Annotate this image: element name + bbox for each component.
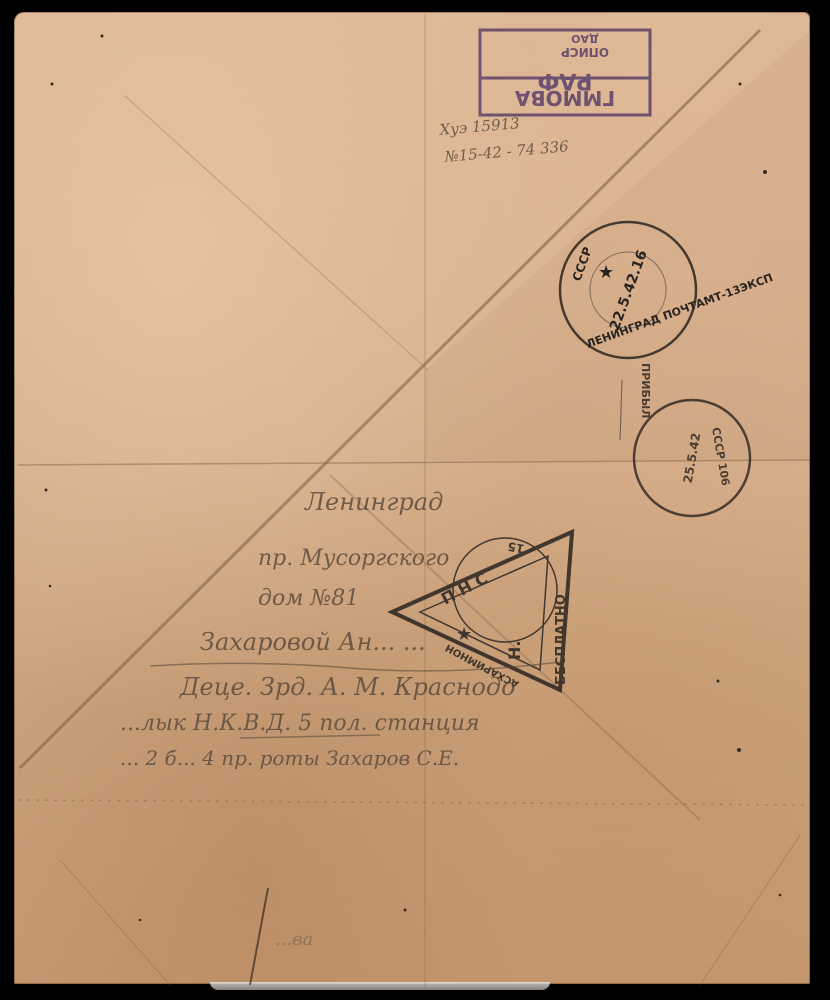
pencil-notes-top: Хуэ 15913 №15-42 - 74 336 — [438, 114, 570, 166]
photo-background: ГММОВА РАФ ОПИСР ДАО РАФ Хуэ 15913 №15-4… — [0, 0, 830, 1000]
letter-markings: ГММОВА РАФ ОПИСР ДАО РАФ Хуэ 15913 №15-4… — [0, 0, 830, 1000]
svg-text:П Н С: П Н С — [438, 568, 491, 608]
svg-text:...ва: ...ва — [275, 929, 313, 950]
svg-text:Ленинград: Ленинград — [304, 488, 443, 516]
svg-text:Захаровой Ан... ...: Захаровой Ан... ... — [200, 628, 426, 656]
handwritten-address: Ленинград пр. Мусоргского дом №81 Захаро… — [120, 488, 560, 950]
svg-text:... 2 б... 4 пр. роты Захаров: ... 2 б... 4 пр. роты Захаров С.Е. — [120, 746, 459, 770]
svg-text:дом №81: дом №81 — [258, 586, 359, 611]
svg-text:ПРИБЫЛ: ПРИБЫЛ — [639, 363, 652, 418]
fold-shadow — [425, 30, 810, 460]
svg-text:Н.: Н. — [505, 641, 524, 660]
svg-text:15: 15 — [507, 539, 526, 556]
svg-text:Хуэ 15913: Хуэ 15913 — [438, 114, 521, 139]
svg-text:Деце. Зрд. А. М. Краснодо: Деце. Зрд. А. М. Краснодо — [179, 673, 516, 701]
svg-text:№15-42 - 74 336: №15-42 - 74 336 — [443, 137, 570, 166]
censor-stamp-line2: РАФ — [538, 68, 593, 93]
svg-text:ОПИСР: ОПИСР — [561, 45, 609, 59]
star-icon: ★ — [456, 624, 472, 645]
svg-text:пр. Мусоргского: пр. Мусоргского — [258, 546, 449, 571]
svg-text:БЕСПЛАТНО: БЕСПЛАТНО — [554, 594, 569, 685]
svg-text:ДАО: ДАО — [571, 32, 599, 45]
svg-text:...лык Н.К.В.Д. 5 пол. станция: ...лык Н.К.В.Д. 5 пол. станция — [120, 711, 480, 736]
star-icon: ★ — [598, 262, 614, 283]
